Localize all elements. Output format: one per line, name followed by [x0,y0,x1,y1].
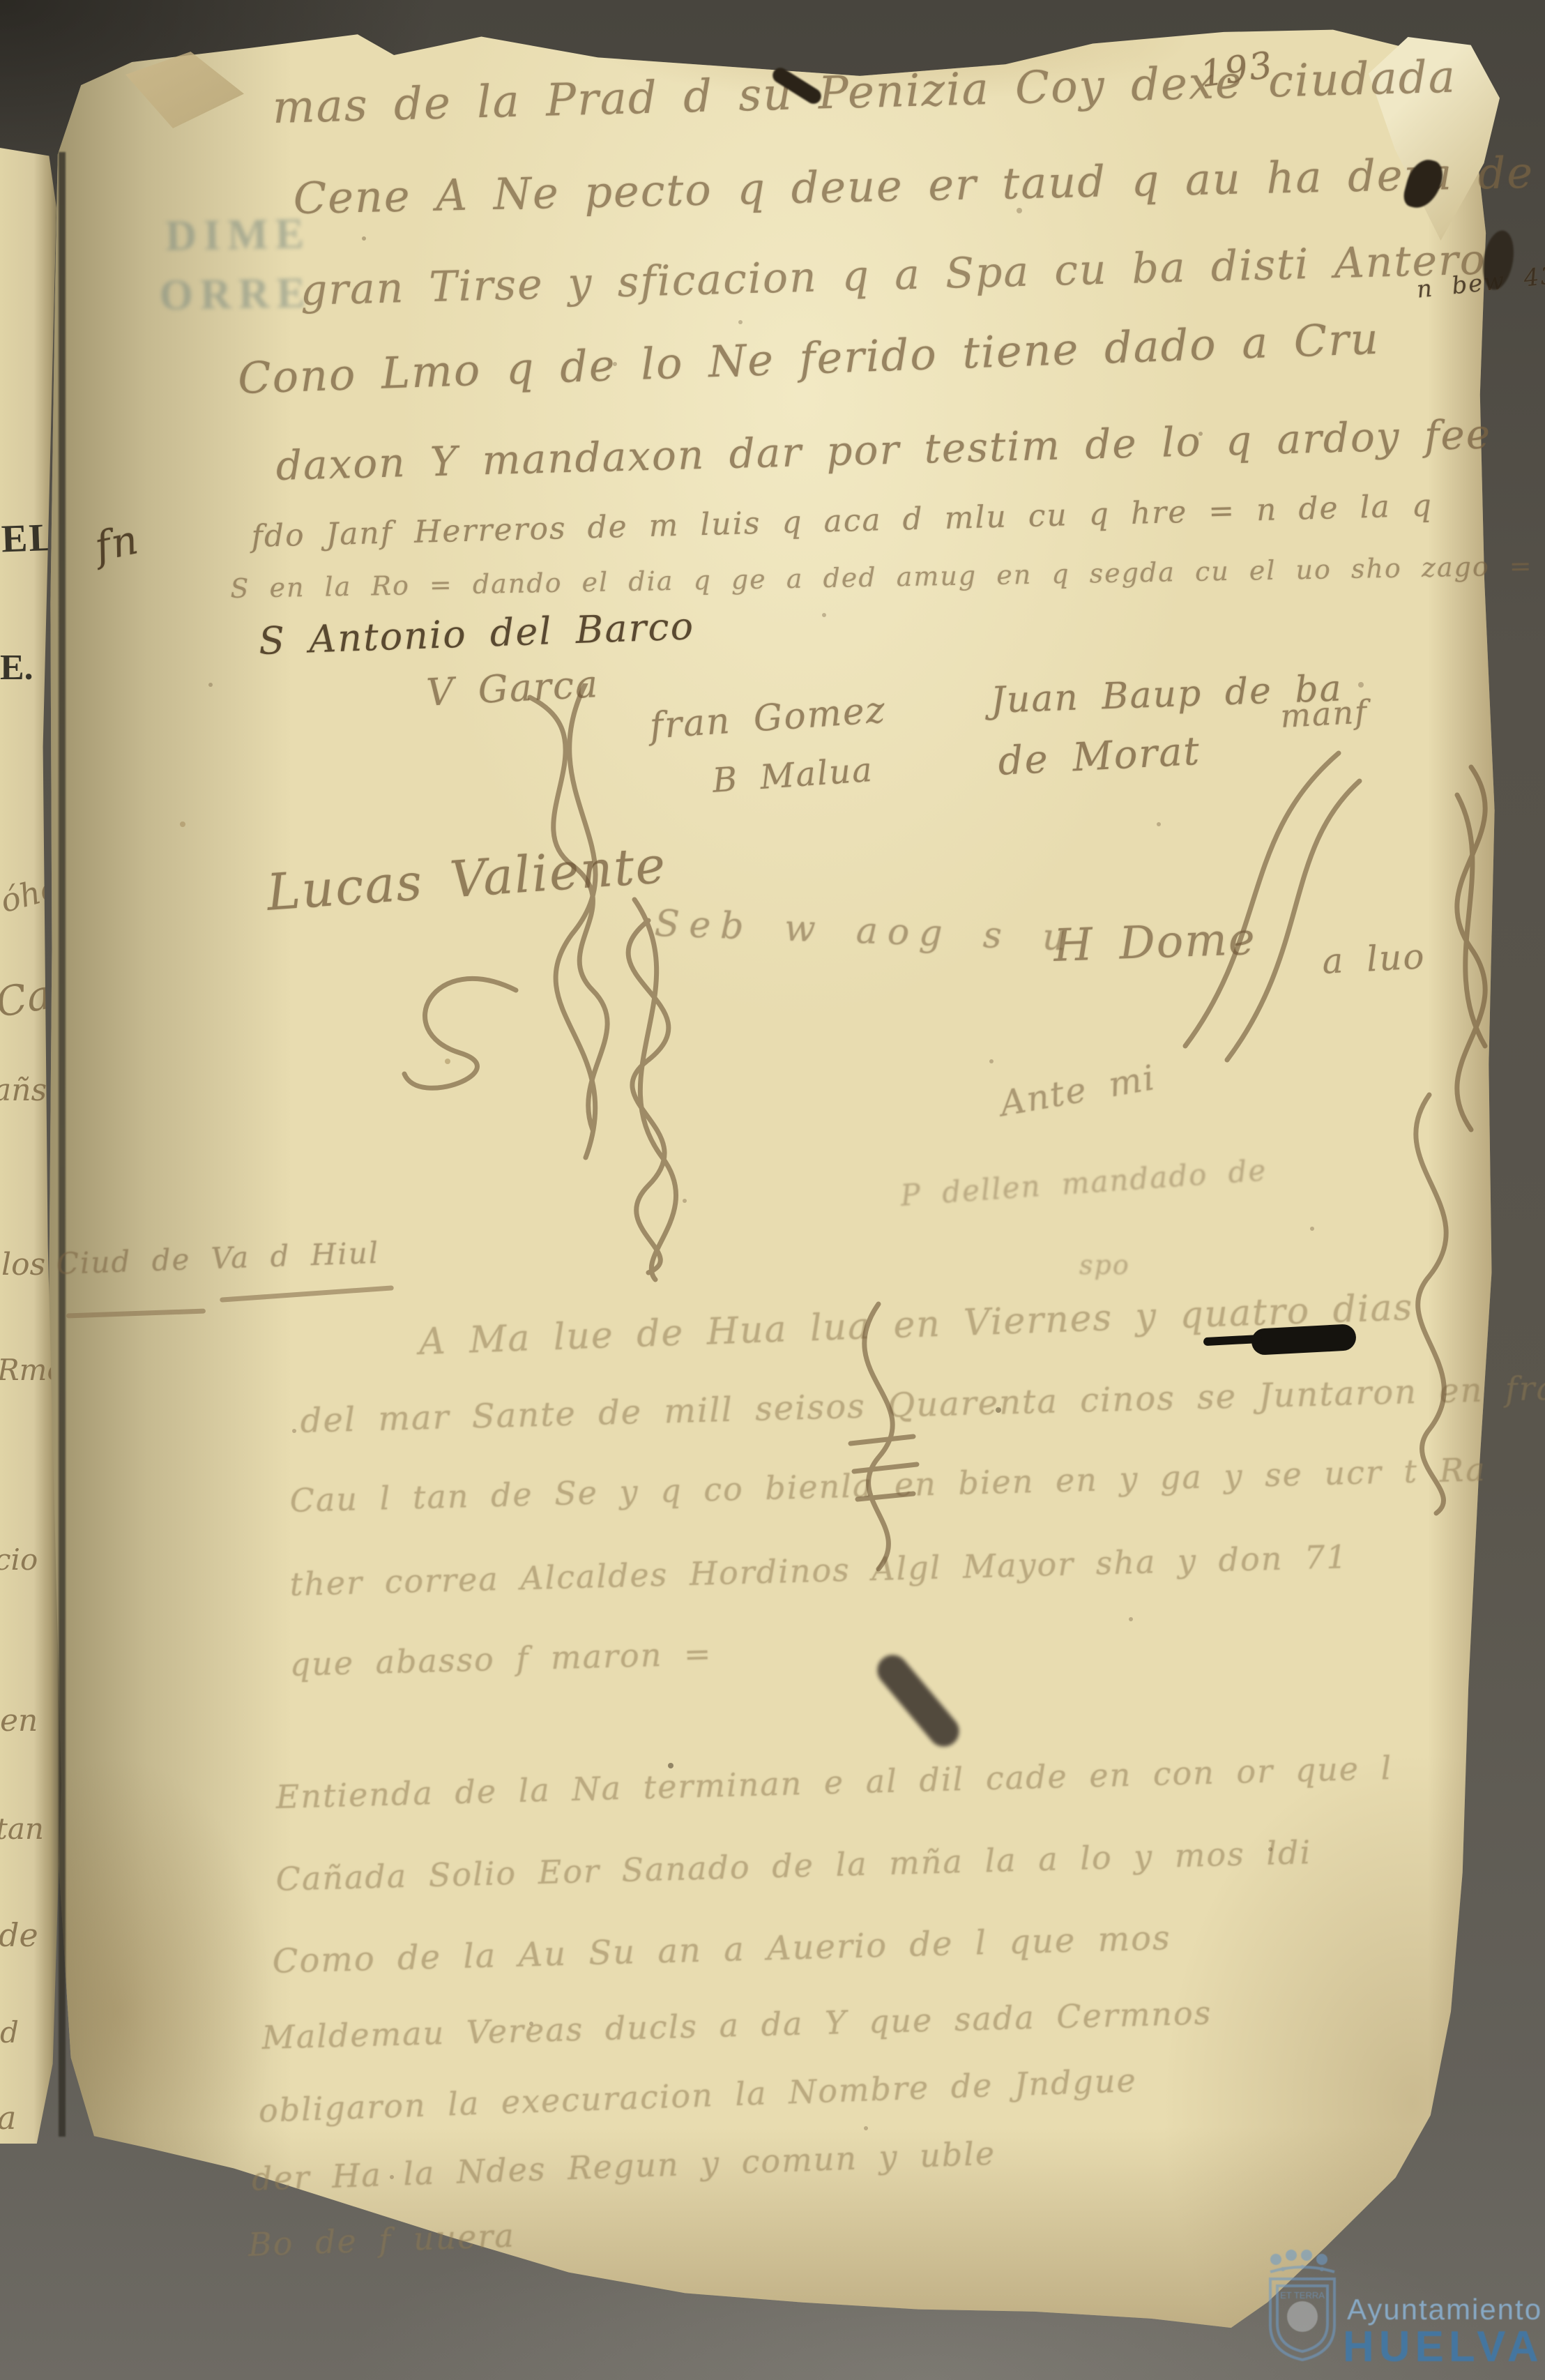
prev-page-text-fragment: d [0,2015,19,2049]
signature-rubric [1415,753,1527,1144]
signature-rubric [1157,725,1367,1074]
prev-page-stamp: E. [0,647,33,688]
prev-page-text-fragment: cio [0,1543,38,1577]
prev-page-text-fragment: Ca [0,971,54,1027]
huelva-crest-icon: ET TERRA [1261,2248,1344,2367]
manuscript-line: Bo de f uuera [248,2217,516,2264]
prev-page-stamp: EL [1,515,57,562]
prev-page-text-fragment: en [0,1703,38,1738]
watermark-org-label: Ayuntamiento [1347,2293,1542,2326]
manuscript-scan: EL E. óhoz Ca añs los Rmo cio en tan de … [0,0,1545,2380]
ink-specks [0,0,3,3]
prev-page-text-fragment: añs [0,1072,47,1108]
crest-motto: ET TERRA [1280,2290,1325,2301]
ghost-stamp-line: DIME [165,209,312,262]
watermark-city-label: HUELVA [1343,2322,1544,2372]
prev-page-text-fragment: de [0,1916,38,1954]
ghost-stamp-line: ORRE [159,268,312,321]
ghost-stamp: DIME ORRE [165,209,313,321]
margin-mark: fn [91,515,144,571]
signature-rubric [1360,1088,1499,1520]
signature-rubric [558,893,739,1283]
book-gutter [59,152,66,2137]
signature-rubric [376,948,530,1130]
archive-watermark: ET TERRA Ayuntamiento HUELVA [1255,2252,1545,2380]
paper-hole [1251,1324,1357,1356]
prev-page-text-fragment: a [0,2099,16,2137]
spo-note: spo [1079,1250,1130,1280]
prev-page-text-fragment: los [1,1247,45,1282]
signature-rubric [802,1290,955,1583]
prev-page-text-fragment: tan [0,1812,44,1846]
